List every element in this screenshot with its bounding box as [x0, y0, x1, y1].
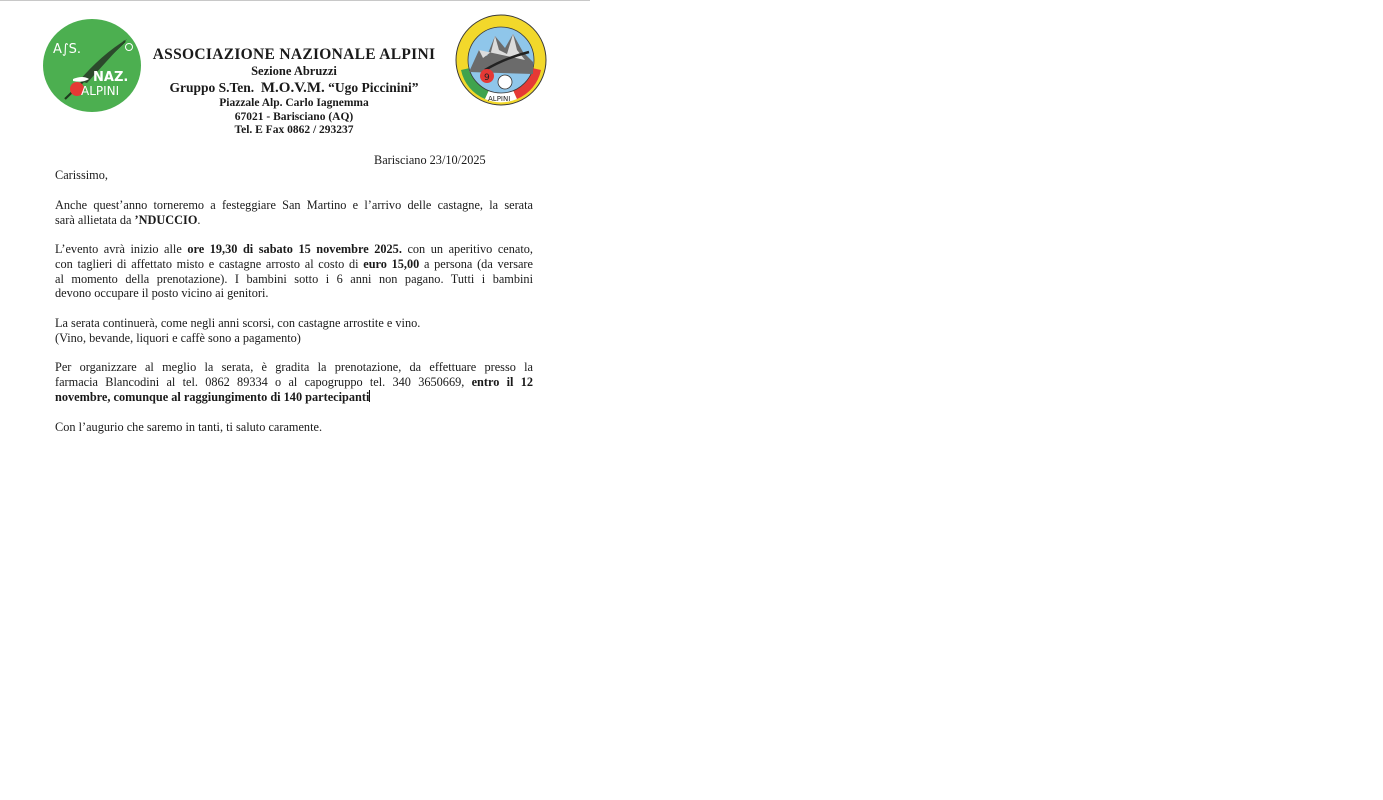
svg-text:ALPINI: ALPINI	[81, 84, 119, 98]
text-cursor	[369, 390, 370, 402]
booking-contacts: farmacia Blancodini al tel. 0862 89334 o…	[55, 375, 472, 389]
gruppo-badge: 9 ALPINI	[455, 14, 547, 106]
event-text-2: con un aperitivo cenato,	[402, 242, 533, 256]
booking-line-3: novembre, comunque al raggiungimento di …	[55, 390, 533, 405]
group-prefix: Gruppo S.Ten.	[169, 80, 254, 95]
evening-line-2: (Vino, bevande, liquori e caffè sono a p…	[55, 331, 533, 346]
svg-text:9: 9	[484, 73, 490, 83]
letter-page: A∫S. NAZ. ALPINI ASSOCIAZIONE NAZIONALE …	[0, 0, 590, 450]
svg-text:A∫S.: A∫S.	[53, 42, 81, 57]
booking-line-2: farmacia Blancodini al tel. 0862 89334 o…	[55, 375, 533, 390]
event-price: euro 15,00	[363, 257, 419, 271]
event-text: L’evento avrà inizio alle	[55, 242, 187, 256]
event-datetime: ore 19,30 di sabato 15 novembre 2025.	[187, 242, 402, 256]
event-cost-text-2: a persona (da versare	[419, 257, 533, 271]
phone-fax: Tel. E Fax 0862 / 293237	[143, 124, 445, 138]
letterhead: ASSOCIAZIONE NAZIONALE ALPINI Sezione Ab…	[143, 46, 445, 138]
paragraph-intro: Anche quest’anno torneremo a festeggiare…	[55, 198, 533, 228]
booking-deadline-1: entro il 12	[472, 375, 533, 389]
intro-period: .	[197, 213, 200, 227]
intro-line-1: Anche quest’anno torneremo a festeggiare…	[55, 198, 533, 213]
event-line-1: L’evento avrà inizio alle ore 19,30 di s…	[55, 242, 533, 257]
closing: Con l’augurio che saremo in tanti, ti sa…	[55, 420, 533, 435]
intro-text: sarà allietata da	[55, 213, 135, 227]
group-name: Gruppo S.Ten. M.O.V.M. “Ugo Piccinini”	[143, 79, 445, 97]
booking-line-1: Per organizzare al meglio la serata, è g…	[55, 360, 533, 375]
greeting: Carissimo,	[55, 168, 533, 183]
event-line-2: con taglieri di affettato misto e castag…	[55, 257, 533, 272]
group-movm: M.O.V.M.	[261, 80, 325, 96]
gruppo-badge-logo-icon: 9 ALPINI	[455, 14, 547, 106]
svg-text:ALPINI: ALPINI	[488, 95, 510, 103]
performer-name: ’NDUCCIO	[135, 213, 198, 227]
paragraph-booking: Per organizzare al meglio la serata, è g…	[55, 360, 533, 404]
ana-logo: A∫S. NAZ. ALPINI	[43, 19, 141, 112]
section-name: Sezione Abruzzi	[143, 64, 445, 79]
evening-line-1: La serata continuerà, come negli anni sc…	[55, 316, 533, 331]
event-cost-text: con taglieri di affettato misto e castag…	[55, 257, 363, 271]
group-honoree: “Ugo Piccinini”	[328, 80, 418, 95]
address: Piazzale Alp. Carlo Iagnemma	[143, 97, 445, 111]
paragraph-event-details: L’evento avrà inizio alle ore 19,30 di s…	[55, 242, 533, 301]
letter-date: Barisciano 23/10/2025	[374, 153, 486, 168]
event-line-4: devono occupare il posto vicino ai genit…	[55, 286, 533, 301]
booking-deadline-2: novembre, comunque al raggiungimento di …	[55, 390, 369, 404]
paragraph-evening: La serata continuerà, come negli anni sc…	[55, 316, 533, 346]
intro-line-2: sarà allietata da ’NDUCCIO.	[55, 213, 533, 228]
city: 67021 - Barisciano (AQ)	[143, 111, 445, 125]
event-line-3: al momento della prenotazione). I bambin…	[55, 272, 533, 287]
ana-feather-logo-icon: A∫S. NAZ. ALPINI	[43, 19, 141, 112]
association-name: ASSOCIAZIONE NAZIONALE ALPINI	[143, 46, 445, 64]
svg-text:NAZ.: NAZ.	[93, 70, 128, 85]
